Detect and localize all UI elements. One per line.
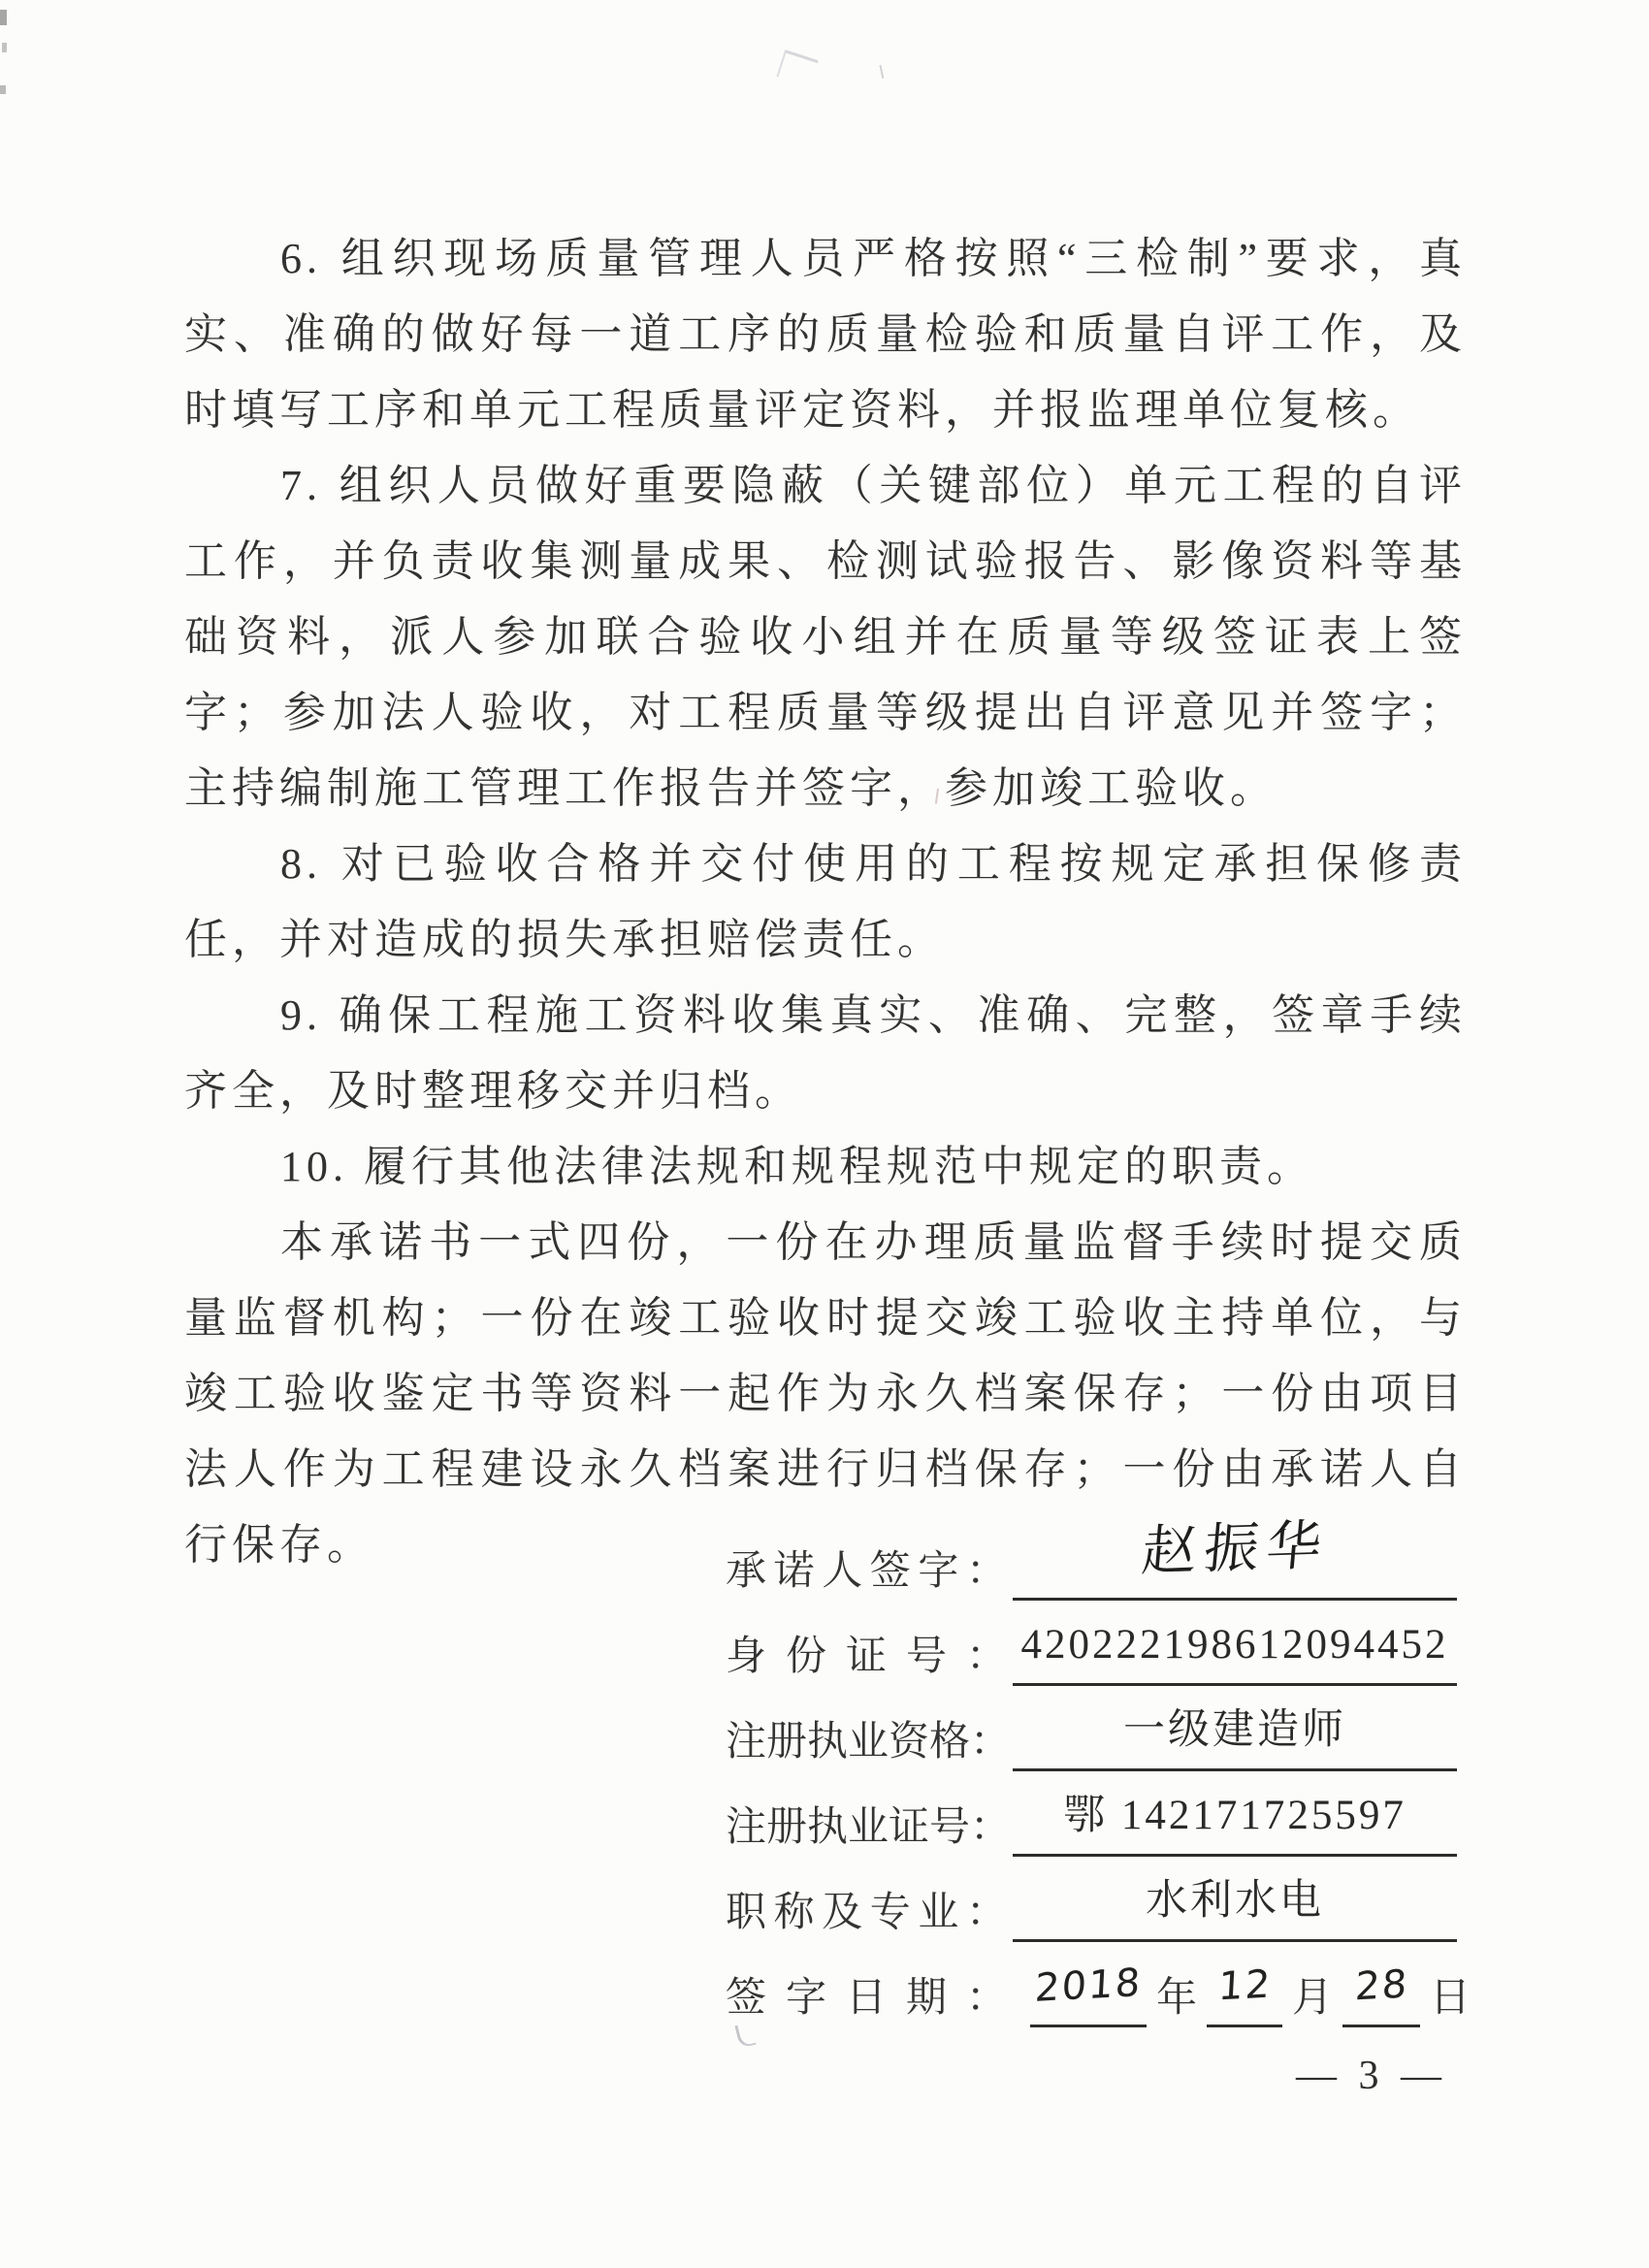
scan-artifact [2, 43, 7, 52]
signature-field-row: 注册执业证号： 鄂 142171725597 [726, 1771, 1492, 1857]
signature-date-row: 签字日期： 2018 年 12 月 28 日 [726, 1942, 1492, 2027]
registration-number-underline: 鄂 142171725597 [1013, 1787, 1457, 1857]
clause-6: 6. 组织现场质量管理人员严格按照“三检制”要求，真实、准确的做好每一道工序的质… [184, 221, 1467, 448]
date-day-value: 28 [1353, 1959, 1409, 2014]
signature-block: 承诺人签字： 赵振华 身份证号： 420222198612094452 注册执业… [726, 1515, 1492, 2027]
id-number-underline: 420222198612094452 [1013, 1616, 1457, 1686]
registration-number-value: 鄂 142171725597 [1063, 1793, 1406, 1838]
field-label-registered-qualification: 注册执业资格： [726, 1713, 1007, 1771]
field-label-title-specialty: 职称及专业： [726, 1884, 1007, 1942]
scan-artifact [0, 10, 7, 25]
signature-underline: 赵振华 [1013, 1526, 1457, 1601]
signature-field-row: 注册执业资格： 一级建造师 [726, 1686, 1492, 1771]
field-label-sign-date: 签字日期： [726, 1969, 1007, 2027]
date-year-unit: 年 [1156, 1969, 1197, 2027]
signature-field-row: 身份证号： 420222198612094452 [726, 1601, 1492, 1686]
id-number-value: 420222198612094452 [1021, 1622, 1449, 1668]
scan-artifact [776, 49, 818, 87]
clause-10: 10. 履行其他法律法规和规程规范中规定的职责。 [184, 1129, 1467, 1205]
title-specialty-underline: 水利水电 [1013, 1872, 1457, 1942]
date-day-unit: 日 [1430, 1969, 1471, 2027]
scan-artifact [870, 65, 885, 81]
date-month-underline: 12 [1207, 1963, 1282, 2027]
scan-artifact [0, 85, 6, 94]
clause-8: 8. 对已验收合格并交付使用的工程按规定承担保修责任，并对造成的损失承担赔偿责任… [184, 826, 1467, 978]
clause-9: 9. 确保工程施工资料收集真实、准确、完整，签章手续齐全，及时整理移交并归档。 [184, 978, 1467, 1129]
field-label-registration-number: 注册执业证号： [726, 1798, 1007, 1857]
qualification-value: 一级建造师 [1123, 1707, 1346, 1753]
date-day-underline: 28 [1342, 1963, 1420, 2027]
date-month-value: 12 [1216, 1959, 1273, 2014]
field-label-signer: 承诺人签字： [726, 1542, 1007, 1601]
document-body: 6. 组织现场质量管理人员严格按照“三检制”要求，真实、准确的做好每一道工序的质… [184, 221, 1467, 1583]
title-specialty-value: 水利水电 [1146, 1878, 1324, 1924]
date-year-value: 2018 [1034, 1957, 1144, 2015]
qualification-underline: 一级建造师 [1013, 1701, 1457, 1771]
signer-signature: 赵振华 [1140, 1517, 1332, 1582]
field-label-id-number: 身份证号： [726, 1628, 1007, 1686]
page-number: — 3 — [1296, 2053, 1447, 2099]
clause-7: 7. 组织人员做好重要隐蔽（关键部位）单元工程的自评工作，并负责收集测量成果、检… [184, 448, 1467, 826]
signature-field-row: 职称及专业： 水利水电 [726, 1857, 1492, 1942]
document-page: 6. 组织现场质量管理人员严格按照“三检制”要求，真实、准确的做好每一道工序的质… [0, 0, 1649, 2268]
date-month-unit: 月 [1292, 1969, 1333, 2027]
date-year-underline: 2018 [1030, 1963, 1147, 2027]
signature-field-row: 承诺人签字： 赵振华 [726, 1515, 1492, 1601]
